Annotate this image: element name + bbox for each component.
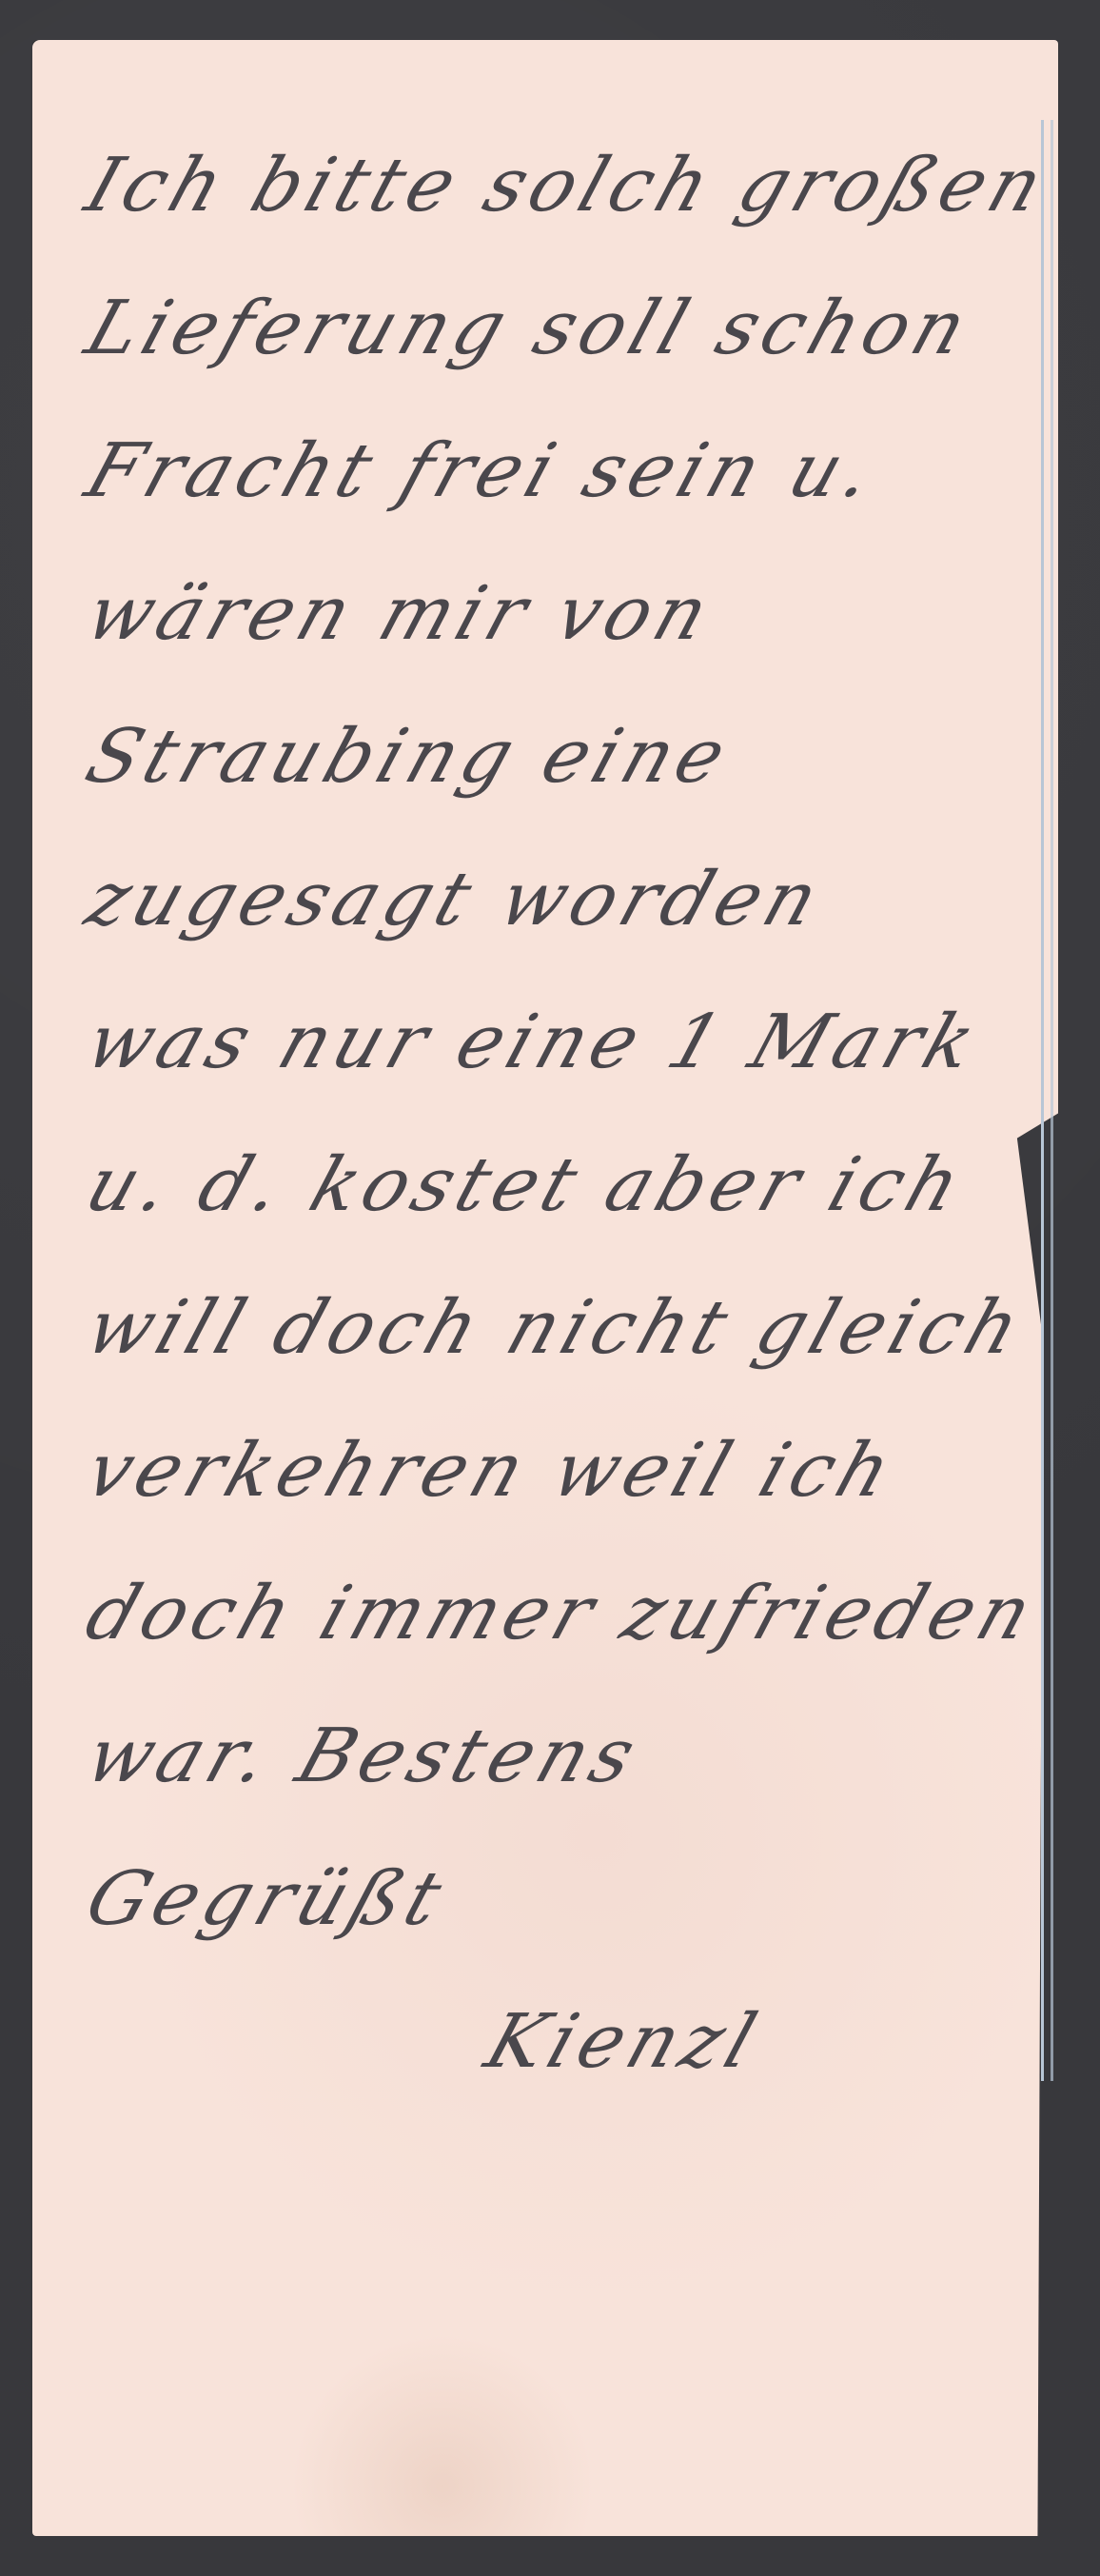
- text-line-9: will doch nicht gleich: [67, 1257, 1084, 1399]
- text-line-6: zugesagt worden: [67, 828, 1084, 971]
- text-line-12: war. Bestens: [67, 1685, 1084, 1828]
- handwritten-text-body: Ich bitte solch großen Lieferung soll sc…: [67, 114, 1037, 2113]
- text-line-4: wären mir von: [67, 543, 1084, 685]
- text-line-3: Fracht frei sein u.: [67, 400, 1084, 543]
- text-line-13: Gegrüßt: [67, 1828, 1084, 1971]
- text-line-8: u. d. kostet aber ich: [67, 1114, 1084, 1257]
- text-line-1: Ich bitte solch großen: [67, 114, 1084, 257]
- signature: Kienzl: [67, 1971, 1084, 2113]
- text-line-2: Lieferung soll schon: [67, 257, 1084, 400]
- text-line-5: Straubing eine: [67, 685, 1084, 828]
- text-line-7: was nur eine 1 Mark: [67, 971, 1084, 1114]
- text-line-10: verkehren weil ich: [67, 1399, 1084, 1542]
- text-line-11: doch immer zufrieden: [67, 1542, 1084, 1685]
